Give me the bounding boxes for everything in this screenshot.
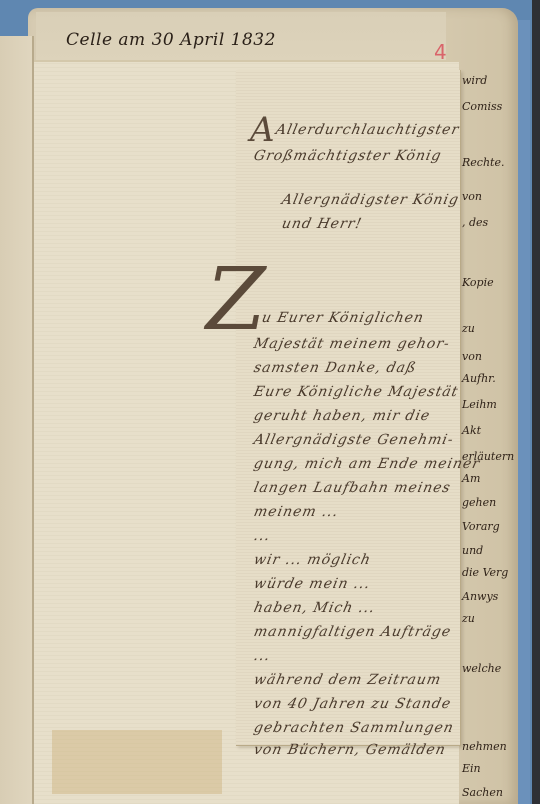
body-line: meinem ... <box>252 504 340 520</box>
margin-note: Anwys <box>462 590 498 603</box>
margin-note: und <box>462 544 483 557</box>
margin-note: Kopie <box>462 276 494 289</box>
body-line: während dem Zeitraum <box>252 672 443 688</box>
salutation-line: Großmächtigster König <box>252 148 443 164</box>
body-initial: Z <box>206 250 266 350</box>
dateline: Celle am 30 April 1832 <box>66 30 276 50</box>
body-line: ... <box>252 648 272 664</box>
body-line: Allergnädigste Genehmi- <box>252 432 455 448</box>
body-line: gung, mich am Ende meiner <box>252 456 481 472</box>
letter-sheet: A Allerdurchlauchtigster Großmächtigster… <box>236 70 461 746</box>
body-line: langen Laufbahn meines <box>252 480 452 496</box>
body-line: von Büchern, Gemälden <box>252 742 447 758</box>
body-line: geruht haben, mir die <box>252 408 432 424</box>
salutation-line: und Herr! <box>280 216 363 232</box>
margin-note: Am <box>462 472 480 485</box>
body-line: mannigfaltigen Aufträge <box>252 624 453 640</box>
margin-note: erläutern <box>462 450 514 463</box>
margin-note: zu <box>462 322 475 335</box>
salutation-initial: A <box>250 110 275 150</box>
margin-note: zu <box>462 612 475 625</box>
body-line: gebrachten Sammlungen <box>252 720 455 736</box>
margin-note: nehmen <box>462 740 507 753</box>
margin-note: Rechte. <box>462 156 504 169</box>
water-stain <box>52 730 222 794</box>
body-line: von 40 Jahren zu Stande <box>252 696 453 712</box>
margin-note: wird <box>462 74 487 87</box>
body-line: Eure Königliche Majestät <box>252 384 460 400</box>
margin-note: , des <box>462 216 488 229</box>
body-line: u Eurer Königlichen <box>260 310 425 326</box>
salutation-line: Allerdurchlauchtigster <box>274 122 461 138</box>
archival-page-number: 4 <box>434 40 447 64</box>
body-line: würde mein ... <box>252 576 372 592</box>
margin-note: von <box>462 190 482 203</box>
body-line: Majestät meinem gehor- <box>252 336 451 352</box>
margin-note: von <box>462 350 482 363</box>
body-line: wir ... möglich <box>252 552 372 568</box>
margin-note: gehen <box>462 496 496 509</box>
margin-note: Ein <box>462 762 481 775</box>
margin-note: Leihm <box>462 398 497 411</box>
margin-note: Akt <box>462 424 481 437</box>
margin-note: Comiss <box>462 100 502 113</box>
left-folded-flap <box>0 36 34 804</box>
margin-note: die Verg <box>462 566 508 579</box>
margin-note: Aufhr. <box>462 372 496 385</box>
body-line: haben, Mich ... <box>252 600 376 616</box>
margin-note: Sachen <box>462 786 503 799</box>
body-line: ... <box>252 528 272 544</box>
body-line: samsten Danke, daß <box>252 360 418 376</box>
margin-note: Vorarg <box>462 520 500 533</box>
salutation-line: Allergnädigster König <box>280 192 460 208</box>
margin-note: welche <box>462 662 501 675</box>
